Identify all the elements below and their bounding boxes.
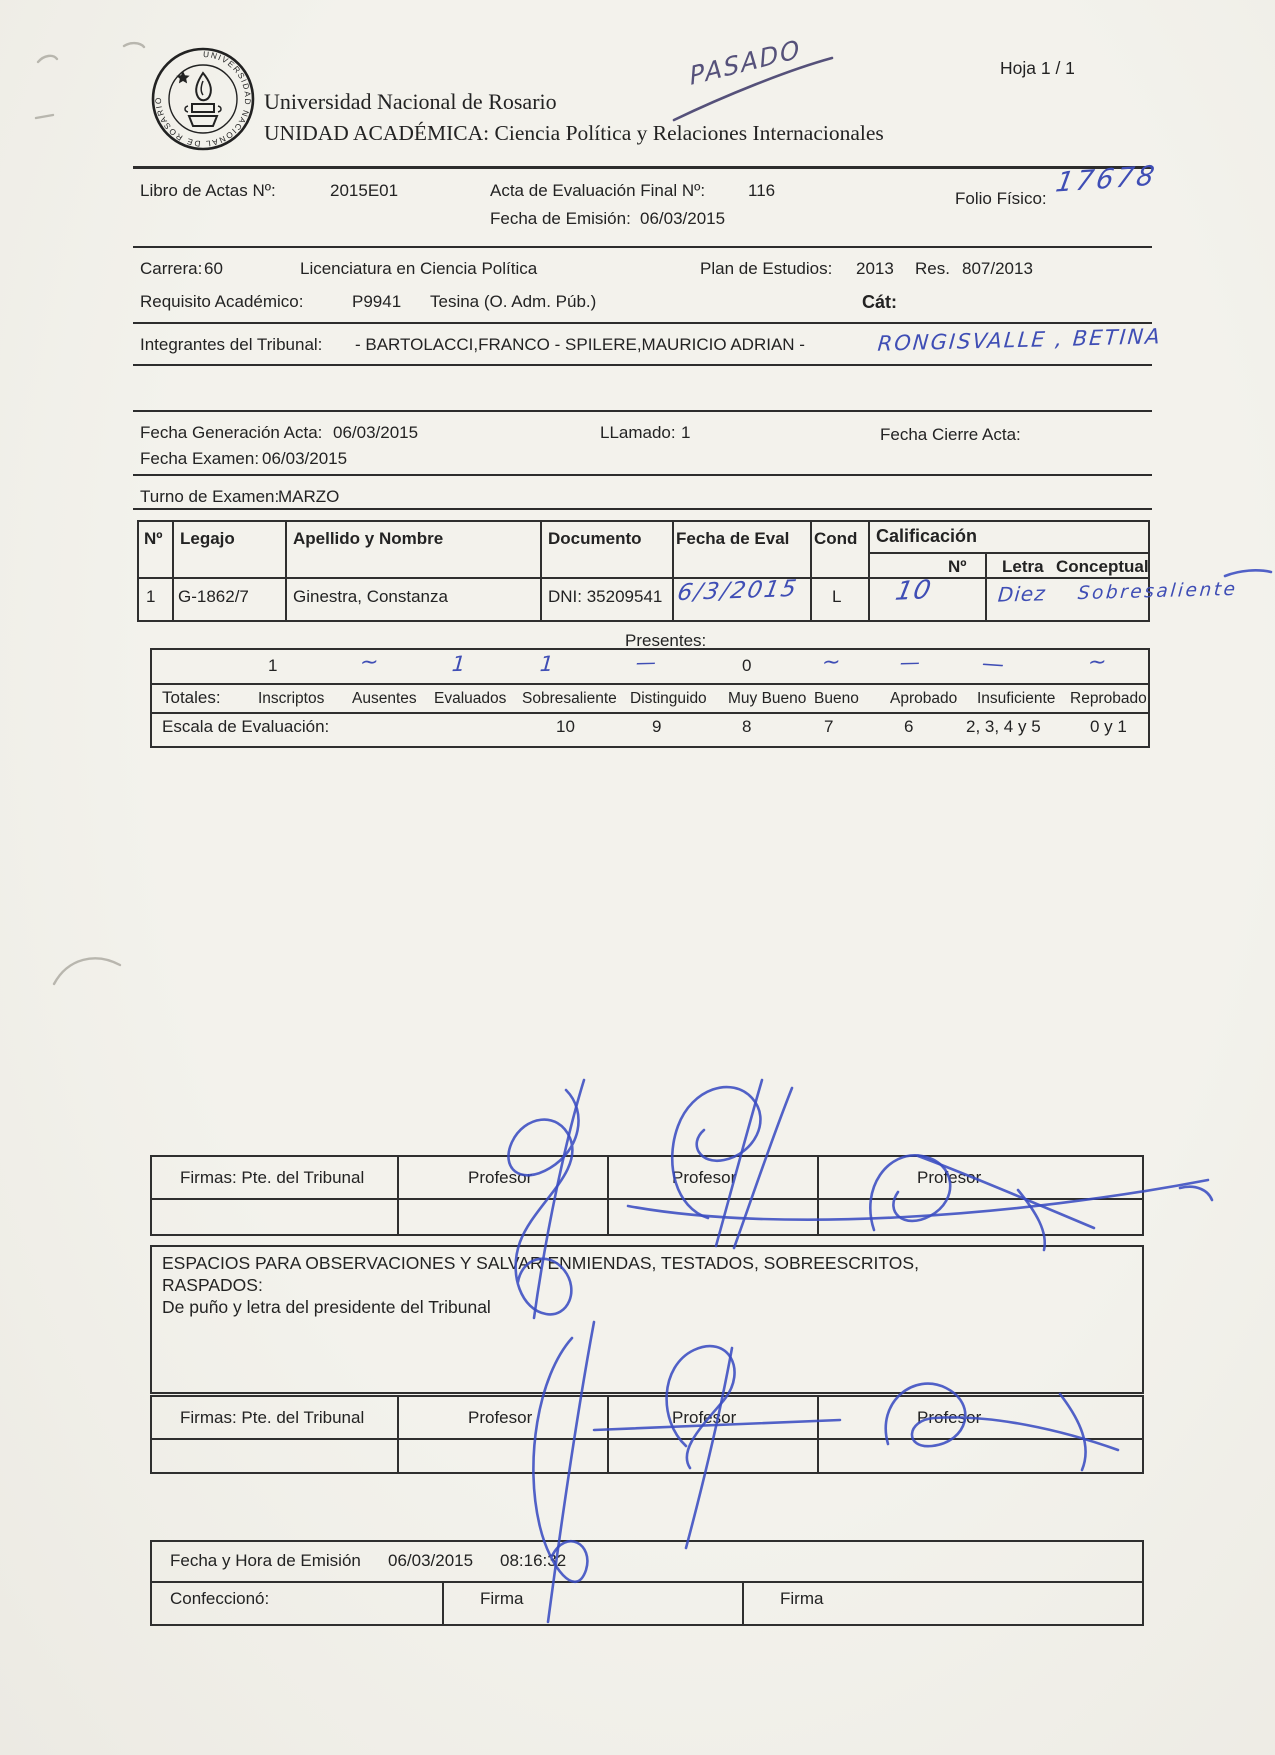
observaciones-linea3: De puño y letra del presidente del Tribu… [162,1297,491,1319]
pencil-mark [50,948,130,993]
divider [133,322,1152,324]
footer-confecciono-label: Confeccionó: [170,1588,269,1609]
col-header-apellido: Apellido y Nombre [293,528,443,549]
divider [133,246,1152,248]
folio-fisico-label: Folio Físico: [955,188,1047,209]
subcol-header-conceptual: Conceptual [1056,556,1149,577]
row-calif-numero-handwritten: 10 [893,575,934,607]
col-header-legajo: Legajo [180,528,235,549]
row-cond: L [832,586,841,607]
logo-ring-text: UNIVERSIDAD NACIONAL DE ROSARIO [154,50,252,148]
row-fecha-eval-handwritten: 6/3/2015 [675,576,800,606]
escala-valor-7: 7 [824,716,833,737]
tribunal-handwritten-name: RONGISVALLE , BETINA [877,324,1163,355]
totales-valor-sobresaliente: 1 [539,652,555,676]
pencil-mark [30,38,150,133]
divider [133,166,1152,169]
totales-cat-inscriptos: Inscriptos [258,689,324,708]
firmas2-profesor-1: Profesor [468,1407,532,1428]
resolucion-value: 807/2013 [962,258,1033,279]
fecha-generacion-label: Fecha Generación Acta: [140,422,322,443]
subcol-header-nro: Nº [948,556,967,577]
folio-fisico-handwritten: 17678 [1053,160,1159,199]
totales-cat-aprobado: Aprobado [890,689,957,708]
escala-valor-6: 6 [904,716,913,737]
llamado-value: 1 [681,422,690,443]
row-calif-conceptual-handwritten: Sobresaliente [1077,579,1238,604]
turno-examen-value: MARZO [278,486,339,507]
handwritten-macron [1222,566,1274,580]
totales-valor-bueno: ~ [821,650,842,676]
totales-valor-aprobado: — [899,650,922,675]
footer-firma-2: Firma [780,1588,823,1609]
requisito-label: Requisito Académico: [140,291,303,312]
firmas1-profesor-1: Profesor [468,1167,532,1188]
footer-firma-1: Firma [480,1588,523,1609]
totales-cat-evaluados: Evaluados [434,689,506,708]
col-header-calificacion: Calificación [876,525,977,548]
totales-valor-evaluados: 1 [451,652,467,676]
carrera-label: Carrera: [140,258,202,279]
libro-actas-value: 2015E01 [330,180,398,201]
unidad-academica: UNIDAD ACADÉMICA: Ciencia Política y Rel… [264,120,884,147]
libro-actas-label: Libro de Actas Nº: [140,180,276,201]
totales-valor-reprobado: ~ [1087,650,1108,676]
logo-star [176,71,189,83]
fecha-examen-value: 06/03/2015 [262,448,347,469]
unr-logo: UNIVERSIDAD NACIONAL DE ROSARIO [150,46,256,152]
totales-valor-inscriptos: 1 [268,655,277,676]
resolucion-label: Res. [915,258,950,279]
subcol-header-letra: Letra [1002,556,1044,577]
hoja-counter: Hoja 1 / 1 [1000,58,1075,80]
requisito-nombre: Tesina (O. Adm. Púb.) [430,291,596,312]
plan-estudios-value: 2013 [856,258,894,279]
totales-cat-sobresaliente: Sobresaliente [522,689,617,708]
observaciones-linea1: ESPACIOS PARA OBSERVACIONES Y SALVAR ENM… [162,1253,919,1275]
row-calif-letra-handwritten: Diez [997,581,1047,606]
llamado-label: LLamado: [600,422,676,443]
requisito-codigo: P9941 [352,291,401,312]
plan-estudios-label: Plan de Estudios: [700,258,832,279]
row-nombre: Ginestra, Constanza [293,586,448,607]
row-legajo: G-1862/7 [178,586,249,607]
escala-label: Escala de Evaluación: [162,716,329,737]
totales-cat-reprobado: Reprobado [1070,689,1147,708]
totales-valor-insuficiente: — [980,651,1007,677]
escala-valor-9: 9 [652,716,661,737]
totales-label: Totales: [162,687,221,708]
scanned-acta-document: UNIVERSIDAD NACIONAL DE ROSARIO Universi… [0,0,1275,1755]
col-header-nro: Nº [144,528,163,549]
row-nro: 1 [146,586,155,607]
observaciones-linea2: RASPADOS: [162,1275,263,1297]
footer-emision-label: Fecha y Hora de Emisión [170,1550,361,1571]
university-name: Universidad Nacional de Rosario [264,88,557,116]
divider [133,364,1152,366]
acta-numero-value: 116 [748,180,775,201]
firmas1-profesor-2: Profesor [672,1167,736,1188]
pasado-stamp: PASADO [688,34,802,91]
divider [133,508,1152,510]
footer-emision-fecha: 06/03/2015 [388,1550,473,1571]
tribunal-label: Integrantes del Tribunal: [140,334,322,355]
fecha-emision-value: 06/03/2015 [640,208,725,229]
divider [133,474,1152,476]
fecha-examen-label: Fecha Examen: [140,448,259,469]
totales-cat-bueno: Bueno [814,689,859,708]
totales-cat-distinguido: Distinguido [630,689,707,708]
firmas2-profesor-3: Profesor [917,1407,981,1428]
turno-examen-label: Turno de Examen: [140,486,279,507]
firmas2-titulo: Firmas: Pte. del Tribunal [180,1407,364,1428]
divider [133,410,1152,412]
totales-cat-insuficiente: Insuficiente [977,689,1055,708]
fecha-cierre-label: Fecha Cierre Acta: [880,424,1021,445]
firmas1-profesor-3: Profesor [917,1167,981,1188]
svg-text:UNIVERSIDAD NACIONAL DE ROSARI: UNIVERSIDAD NACIONAL DE ROSARIO [154,50,252,148]
tribunal-printed-names: - BARTOLACCI,FRANCO - SPILERE,MAURICIO A… [355,334,805,355]
escala-valor-10: 10 [556,716,575,737]
col-header-fecha-eval: Fecha de Eval [676,528,789,549]
escala-valor-reprobado: 0 y 1 [1090,716,1127,737]
totales-valor-distinguido: — [635,650,658,675]
totales-valor-ausentes: ~ [359,650,380,676]
escala-valor-8: 8 [742,716,751,737]
carrera-nombre: Licenciatura en Ciencia Política [300,258,537,279]
catedra-label: Cát: [862,291,897,314]
fecha-emision-label: Fecha de Emisión: [490,208,631,229]
totales-cat-ausentes: Ausentes [352,689,417,708]
fecha-generacion-value: 06/03/2015 [333,422,418,443]
escala-valor-insuficiente: 2, 3, 4 y 5 [966,716,1041,737]
col-header-documento: Documento [548,528,642,549]
firmas2-profesor-2: Profesor [672,1407,736,1428]
footer-emision-hora: 08:16:32 [500,1550,566,1571]
carrera-codigo: 60 [204,258,223,279]
firmas1-titulo: Firmas: Pte. del Tribunal [180,1167,364,1188]
row-documento: DNI: 35209541 [548,586,662,607]
totales-valor-muybueno: 0 [742,655,751,676]
col-header-cond: Cond [814,528,857,549]
totales-cat-muybueno: Muy Bueno [728,689,806,708]
acta-numero-label: Acta de Evaluación Final Nº: [490,180,705,201]
